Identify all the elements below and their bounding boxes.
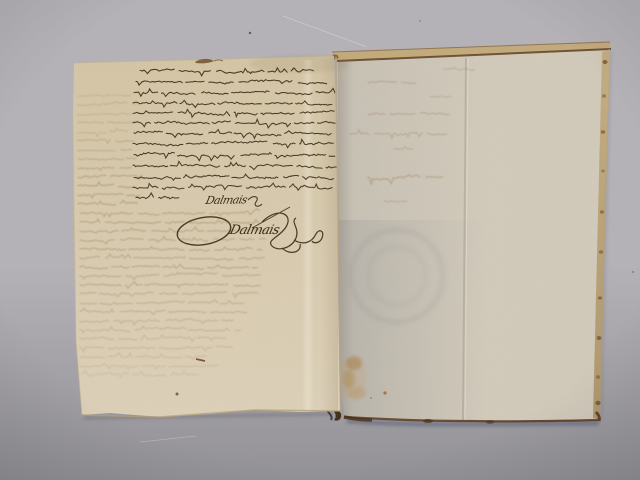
vignette [0,0,640,480]
manuscript-photo: Dalmais Dalmais [0,0,640,480]
screenshot-root: Dalmais Dalmais [0,0,640,480]
